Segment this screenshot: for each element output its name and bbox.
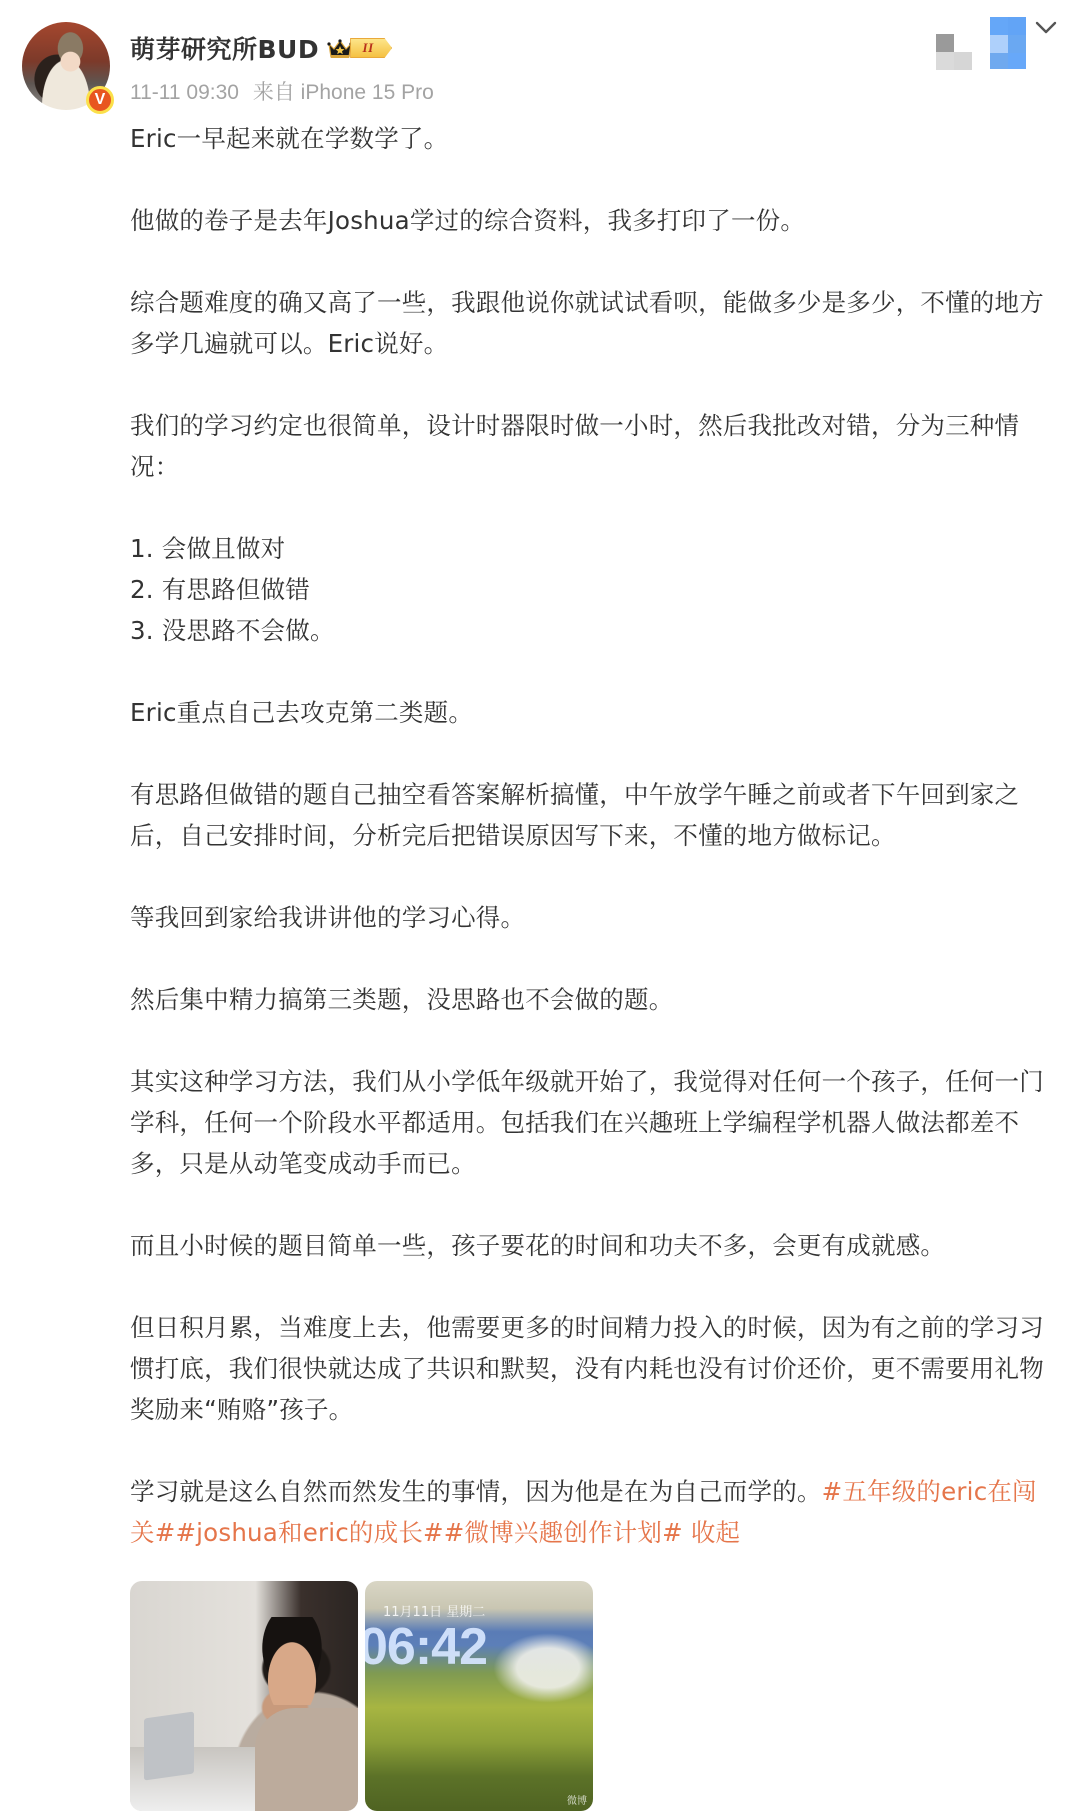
closing-paragraph: 学习就是这么自然而然发生的事情，因为他是在为自己而学的。#五年级的eric在闯关… [130,1471,1055,1553]
paragraph: Eric重点自己去攻克第二类题。 [130,692,1055,733]
hashtag-link[interactable]: #joshua和eric的成长# [175,1518,443,1547]
paragraph: 而且小时候的题目简单一些，孩子要花的时间和功夫不多，会更有成就感。 [130,1225,1055,1266]
paragraph: 等我回到家给我讲讲他的学习心得。 [130,897,1055,938]
pixel-mosaic-icon [936,34,972,70]
follow-button-icon[interactable] [990,17,1026,69]
weibo-watermark-icon: 微博 [567,1792,587,1807]
list-item: 2. 有思路但做错 [130,569,1055,610]
source: 来自 iPhone 15 Pro [253,81,434,104]
paragraph: 综合题难度的确又高了一些，我跟他说你就试试看呗，能做多少是多少，不懂的地方多学几… [130,282,1055,364]
paragraph: 其实这种学习方法，我们从小学低年级就开始了，我觉得对任何一个孩子，任何一门学科，… [130,1061,1055,1184]
lockscreen-time: 06:42 [365,1617,487,1677]
post-image[interactable]: 11月11日 星期二 06:42 微博 [365,1581,593,1811]
vip-badge[interactable]: II [327,35,392,61]
crown-icon [327,37,353,59]
paragraph: Eric一早起来就在学数学了。 [130,118,1055,159]
post-image[interactable] [130,1581,358,1811]
image-grid: 11月11日 星期二 06:42 微博 [130,1581,593,1811]
collapse-link[interactable]: 收起 [691,1518,740,1547]
paragraph: 但日积月累，当难度上去，他需要更多的时间精力投入的时候，因为有之前的学习习惯打底… [130,1307,1055,1430]
paragraph: 然后集中精力搞第三类题，没思路也不会做的题。 [130,979,1055,1020]
list-item: 1. 会做且做对 [130,528,1055,569]
closing-text: 学习就是这么自然而然发生的事情，因为他是在为自己而学的。 [130,1477,822,1506]
paragraph: 有思路但做错的题自己抽空看答案解析搞懂，中午放学午睡之前或者下午回到家之后，自己… [130,774,1055,856]
author-name-row: 萌芽研究所BUD II [130,30,392,66]
hashtag-link[interactable]: #微博兴趣创作计划# [444,1518,683,1547]
weibo-post: V 萌芽研究所BUD II 11-11 09:30 来自 iPhone 15 P… [0,0,1080,1814]
paragraph: 他做的卷子是去年Joshua学过的综合资料，我多打印了一份。 [130,200,1055,241]
author-name[interactable]: 萌芽研究所BUD [130,30,319,66]
post-meta: 11-11 09:30 来自 iPhone 15 Pro [130,76,434,106]
timestamp: 11-11 09:30 [130,81,239,104]
verified-badge-icon: V [86,86,114,114]
list-item: 3. 没思路不会做。 [130,610,1055,651]
chevron-down-icon[interactable] [1032,18,1060,38]
post-content: Eric一早起来就在学数学了。 他做的卷子是去年Joshua学过的综合资料，我多… [130,118,1055,1594]
paragraph: 我们的学习约定也很简单，设计时器限时做一小时，然后我批改对错，分为三种情况： [130,405,1055,487]
level-badge: II [350,38,392,58]
